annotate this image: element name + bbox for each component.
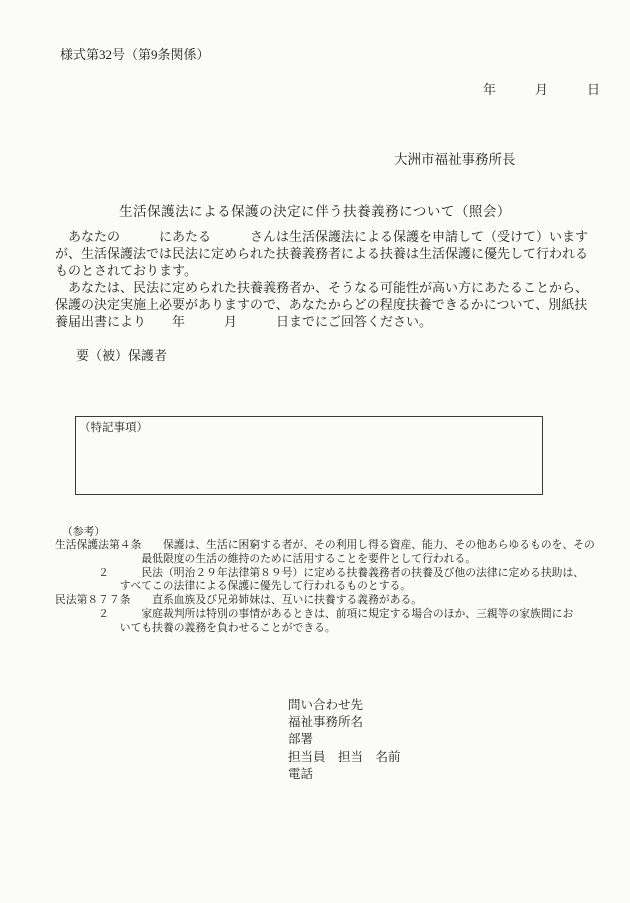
body-line: 養届出書により 年 月 日までにご回答ください。 — [55, 313, 588, 330]
special-notes-label: （特記事項） — [76, 417, 542, 437]
body-paragraphs: あなたの にあたる さんは生活保護法による保護を申請して（受けて）います が、生… — [55, 228, 588, 330]
form-number: 様式第32号（第9条関係） — [60, 44, 210, 63]
special-notes-box: （特記事項） — [75, 416, 543, 495]
body-line: あなたは、民法に定められた扶養義務者か、そうなる可能性が高い方にあたることから、 — [55, 279, 588, 296]
contact-block: 問い合わせ先 福祉事務所名 部署 担当員 担当 名前 電話 — [288, 697, 401, 783]
body-line: が、生活保護法では民法に定められた扶養義務者による扶養は生活保護に優先して行われ… — [55, 245, 588, 262]
body-line: ものとされております。 — [55, 262, 588, 279]
document-page: 様式第32号（第9条関係） 年 月 日 大洲市福祉事務所長 生活保護法による保護… — [0, 0, 630, 903]
document-title: 生活保護法による保護の決定に伴う扶養義務について（照会） — [0, 200, 630, 220]
date-line: 年 月 日 — [483, 79, 600, 98]
reference-heading: （参考） — [62, 524, 105, 539]
contact-line: 電話 — [288, 766, 401, 783]
reference-line: ２ 家庭裁判所は特別の事情があるときは、前項に規定する場合のほか、三親等の家族間… — [55, 608, 595, 622]
contact-line: 担当員 担当 名前 — [288, 749, 401, 766]
reference-line: ２ 民法（明治２９年法律第８９号）に定める扶養義務者の扶養及び他の法律に定める扶… — [55, 567, 595, 581]
reference-line: 民法第８７７条 直系血族及び兄弟姉妹は、互いに扶養する義務がある。 — [55, 594, 595, 608]
reference-line: いても扶養の義務を負わせることができる。 — [55, 622, 595, 636]
reference-line: 最低限度の生活の維持のために活用することを要件として行われる。 — [55, 553, 595, 567]
reference-line: すべてこの法律による保護に優先して行われるものとする。 — [55, 580, 595, 594]
contact-line: 部署 — [288, 731, 401, 748]
reference-line: 生活保護法第４条 保護は、生活に困窮する者が、その利用し得る資産、能力、その他あ… — [55, 539, 595, 553]
body-line: 保護の決定実施上必要がありますので、あなたからどの程度扶養できるかについて、別紙… — [55, 296, 588, 313]
addressee: 大洲市福祉事務所長 — [394, 148, 516, 168]
contact-line: 問い合わせ先 — [288, 697, 401, 714]
reference-text: 生活保護法第４条 保護は、生活に困窮する者が、その利用し得る資産、能力、その他あ… — [55, 539, 595, 636]
body-line: あなたの にあたる さんは生活保護法による保護を申請して（受けて）います — [55, 228, 588, 245]
contact-line: 福祉事務所名 — [288, 714, 401, 731]
recipient-label: 要（被）保護者 — [76, 345, 167, 364]
